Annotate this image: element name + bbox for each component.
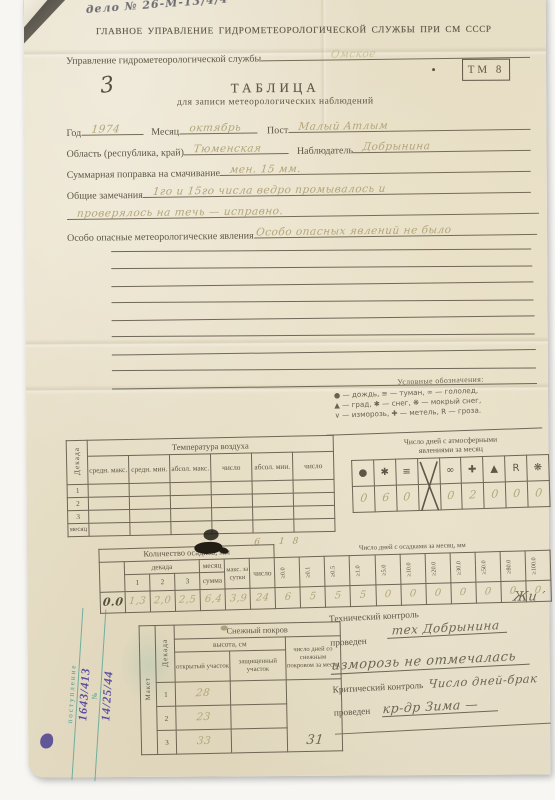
temp-row-label: 1: [67, 484, 88, 497]
temp-cell: [88, 483, 129, 497]
snow-open-value: 28: [175, 681, 231, 706]
blizzard-symbol: ✚: [468, 464, 477, 475]
snow-row-label: 3: [157, 730, 176, 754]
correction-label: Суммарная поправка на смачивание: [67, 168, 220, 181]
phenomena-value: 6: [381, 494, 389, 502]
region-label: Область (республика, край): [67, 147, 184, 160]
phenomena-value: 0: [447, 492, 455, 500]
fog-symbol: ≡: [402, 466, 411, 477]
snow-decade-col: Декада: [155, 625, 175, 682]
precip-day-header: число: [249, 558, 275, 589]
threshold-header: ≥0.5: [325, 556, 351, 587]
days-precip-value: 5: [350, 585, 376, 607]
blank-line: [111, 265, 532, 269]
remarks-label: Общие замечания: [67, 190, 143, 202]
legend-symbols: Условные обозначения: ● — дождь, ≡ — тум…: [333, 372, 548, 420]
threshold-header: ≥0.0: [274, 557, 300, 588]
remarks-underline-2: проверялось на течь — исправно.: [67, 201, 539, 220]
crit-done-label: проведен: [334, 707, 371, 719]
phenomena-value: 2: [469, 491, 477, 499]
pencil-correction: 6 18: [254, 536, 307, 547]
temp-cell: [88, 496, 129, 510]
temp-cell: [253, 506, 294, 520]
form-code-box: ТМ 8: [462, 59, 510, 81]
precip-col-2: 2: [150, 573, 175, 591]
days-precip-value: 5: [300, 586, 326, 608]
temp-cell: [211, 481, 252, 495]
temp-cell: [252, 493, 293, 507]
form-subtitle: для записи метеорологических наблюдений: [24, 96, 526, 109]
checker-initials: Жи ′: [512, 589, 546, 604]
temp-cell: [129, 496, 170, 510]
temp-col-header: число: [210, 453, 252, 482]
days-precip-value: 6: [275, 587, 301, 609]
temp-cell: [89, 509, 130, 523]
thunder-symbol: R: [512, 462, 519, 473]
precip-col-3: 3: [175, 573, 200, 591]
snow-open-value: 23: [176, 705, 232, 730]
region-underline: Тюменская: [184, 141, 289, 155]
precip-value: 6,4: [200, 589, 226, 611]
crossed-out-mark: [417, 458, 442, 514]
temp-col-header: абсол. макс.: [169, 454, 211, 483]
snow-cover-table: Макет Декада Снежный покров высота, см ч…: [139, 621, 344, 755]
temp-cell: [293, 492, 334, 506]
snow-protected-value: [231, 704, 287, 729]
ugms-handwritten-value: Омское: [330, 48, 376, 61]
temp-cell: [293, 479, 334, 493]
precip-col-1: 1: [125, 574, 150, 592]
temp-cell: [252, 480, 293, 494]
phenomena-value: 0: [403, 493, 411, 501]
threshold-header: ≥100.0: [525, 550, 551, 581]
observer-underline: Добрынина: [353, 138, 531, 153]
month-value: октябрь: [188, 122, 241, 135]
threshold-header: ≥50.0: [475, 552, 501, 583]
wet-snow-symbol: ❋: [534, 462, 543, 473]
threshold-header: ≥80.0: [500, 551, 526, 582]
temp-cell: [171, 508, 212, 522]
blank-line: [111, 299, 533, 303]
phenomena-value: 0: [360, 495, 368, 503]
control-notes: Технический контроль тех Добрынина прове…: [329, 603, 555, 734]
paper-sheet: дело № 26-М-13/4/4 ГЛАВНОЕ УПРАВЛЕНИЕ ГИ…: [24, 0, 551, 778]
phenomena-title: Число дней с атмосферными явлениями за м…: [350, 433, 550, 457]
temp-col-header: средн. мин.: [128, 455, 170, 484]
archive-stamp: поступление 1643/413 № 14/25/44: [62, 607, 133, 782]
correction-underline: мен. 15 мм.: [220, 159, 531, 176]
temp-cell: [253, 519, 294, 533]
correction-value: мен. 15 мм.: [229, 163, 302, 176]
observer-label: Наблюдатель: [297, 145, 353, 157]
temp-row-label: месяц: [68, 523, 89, 536]
region-value: Тюменская: [193, 142, 262, 155]
post-label: Пост: [267, 125, 288, 136]
temp-cell: [130, 522, 171, 536]
scanned-meteorological-form: { "header": { "top_note": "дело № 26-М-1…: [0, 0, 555, 800]
threshold-header: ≥10.0: [400, 554, 426, 585]
snow-row-label: 2: [157, 706, 176, 730]
snow-row-label: 1: [156, 682, 175, 706]
precip-value: 1,3: [125, 591, 151, 613]
days-precip-value: 0: [400, 584, 426, 606]
temp-col-header: абсол. мин.: [251, 452, 293, 481]
days-precip-value: 0: [476, 582, 502, 604]
blank-line: [112, 333, 535, 337]
threshold-header: ≥1.0: [350, 555, 376, 586]
threshold-header: ≥20.0: [425, 553, 451, 584]
phenomena-days-table: Число дней с атмосферными явлениями за м…: [350, 433, 552, 513]
temp-cell: [212, 507, 253, 521]
rain-symbol: ●: [358, 467, 367, 478]
temp-col-header: средн. макс.: [87, 455, 129, 484]
temp-cell: [170, 495, 211, 509]
form-title: ТАБЛИЦА: [24, 79, 526, 98]
snow-open-header: открытый участок: [175, 651, 231, 682]
ink-blob: [203, 529, 218, 540]
glaze-symbol: ∞: [446, 464, 455, 475]
ugms-label: Управление гидрометеорологической службы: [66, 53, 261, 67]
precip-value: 3,9: [225, 588, 251, 610]
year-label: Год: [66, 128, 81, 139]
threshold-header: ≥30.0: [450, 552, 476, 583]
year-underline: 1974: [81, 122, 143, 136]
snow-protected-header: защищенный участок: [230, 650, 286, 681]
temp-cell: [170, 482, 211, 496]
remarks-value-2: проверялось на течь — исправно.: [76, 205, 284, 220]
remarks-underline-1: 1го и 15го числа ведро промывалось и: [143, 180, 531, 198]
ink-dot: [432, 68, 435, 71]
temp-cell: [294, 505, 335, 519]
post-underline: Малый Атлым: [288, 117, 530, 133]
precipitation-table: 6 18 Количество осадков, мм Число дней с…: [98, 537, 552, 614]
observer-value: Добрынина: [362, 140, 431, 153]
snow-open-value: 33: [176, 729, 232, 754]
days-precip-value: 0: [375, 584, 401, 606]
blank-line: [111, 249, 531, 253]
month-underline: октябрь: [179, 120, 257, 134]
phenomena-value: 0: [513, 490, 521, 498]
remarks-value-1: 1го и 15го числа ведро промывалось и: [152, 183, 386, 198]
phenomena-value: 0: [491, 491, 499, 499]
precip-value: 2,0: [150, 590, 176, 612]
blank-line: [112, 349, 536, 356]
temp-cell: [294, 518, 335, 532]
blank-line: [112, 367, 536, 371]
temperature-table: Декада Температура воздуха средн. макс. …: [66, 435, 336, 537]
precip-value: 2,5: [175, 590, 201, 612]
temp-col-header: число: [292, 451, 334, 480]
hazards-label: Особо опасные метеорологические явления: [67, 231, 254, 244]
blank-line: [112, 315, 535, 321]
top-handwritten-note: дело № 26-М-13/4/4: [85, 0, 228, 16]
crit-control-label: Критический контроль: [332, 681, 423, 696]
precip-sum-header: сумма: [200, 572, 225, 590]
hazards-value: Особо опасных явлений не было: [255, 224, 452, 239]
days-precip-value: 0: [426, 583, 452, 605]
precip-value: 24: [250, 588, 276, 610]
hail-symbol: ▲: [490, 463, 498, 474]
blank-line: [111, 281, 533, 287]
threshold-header: ≥5.0: [375, 554, 401, 585]
temp-cell: [130, 509, 171, 523]
temp-cell: [89, 522, 130, 536]
precip-month-header: месяц: [199, 559, 224, 573]
post-value: Малый Атлым: [298, 120, 389, 133]
snow-symbol: ✱: [380, 466, 389, 477]
phenomena-value: 0: [535, 489, 543, 497]
org-title: ГЛАВНОЕ УПРАВЛЕНИЕ ГИДРОМЕТЕОРОЛОГИЧЕСКО…: [60, 24, 528, 37]
fold-crease: [26, 336, 548, 348]
month-label: Месяц: [151, 126, 179, 137]
temp-decade-col: Декада: [66, 440, 88, 484]
temp-row-label: 2: [67, 497, 88, 510]
days-precip-value: 5: [325, 586, 351, 608]
temp-cell: [211, 494, 252, 508]
violet-ink-blob: [40, 733, 53, 748]
year-value: 1974: [90, 123, 120, 135]
tech-done-label: проведен: [330, 637, 367, 649]
snow-protected-value: [231, 728, 287, 753]
precip-stub-header: [99, 562, 125, 593]
precip-max-header: макс. за сутки: [224, 558, 250, 589]
days-precip-value: 0: [451, 582, 477, 604]
snow-protected-value: [231, 680, 287, 705]
temp-row-label: 3: [68, 510, 89, 523]
hazards-underline: Особо опасных явлений не было: [254, 222, 538, 239]
temp-cell: [129, 483, 170, 497]
threshold-header: ≥0.1: [300, 556, 326, 587]
